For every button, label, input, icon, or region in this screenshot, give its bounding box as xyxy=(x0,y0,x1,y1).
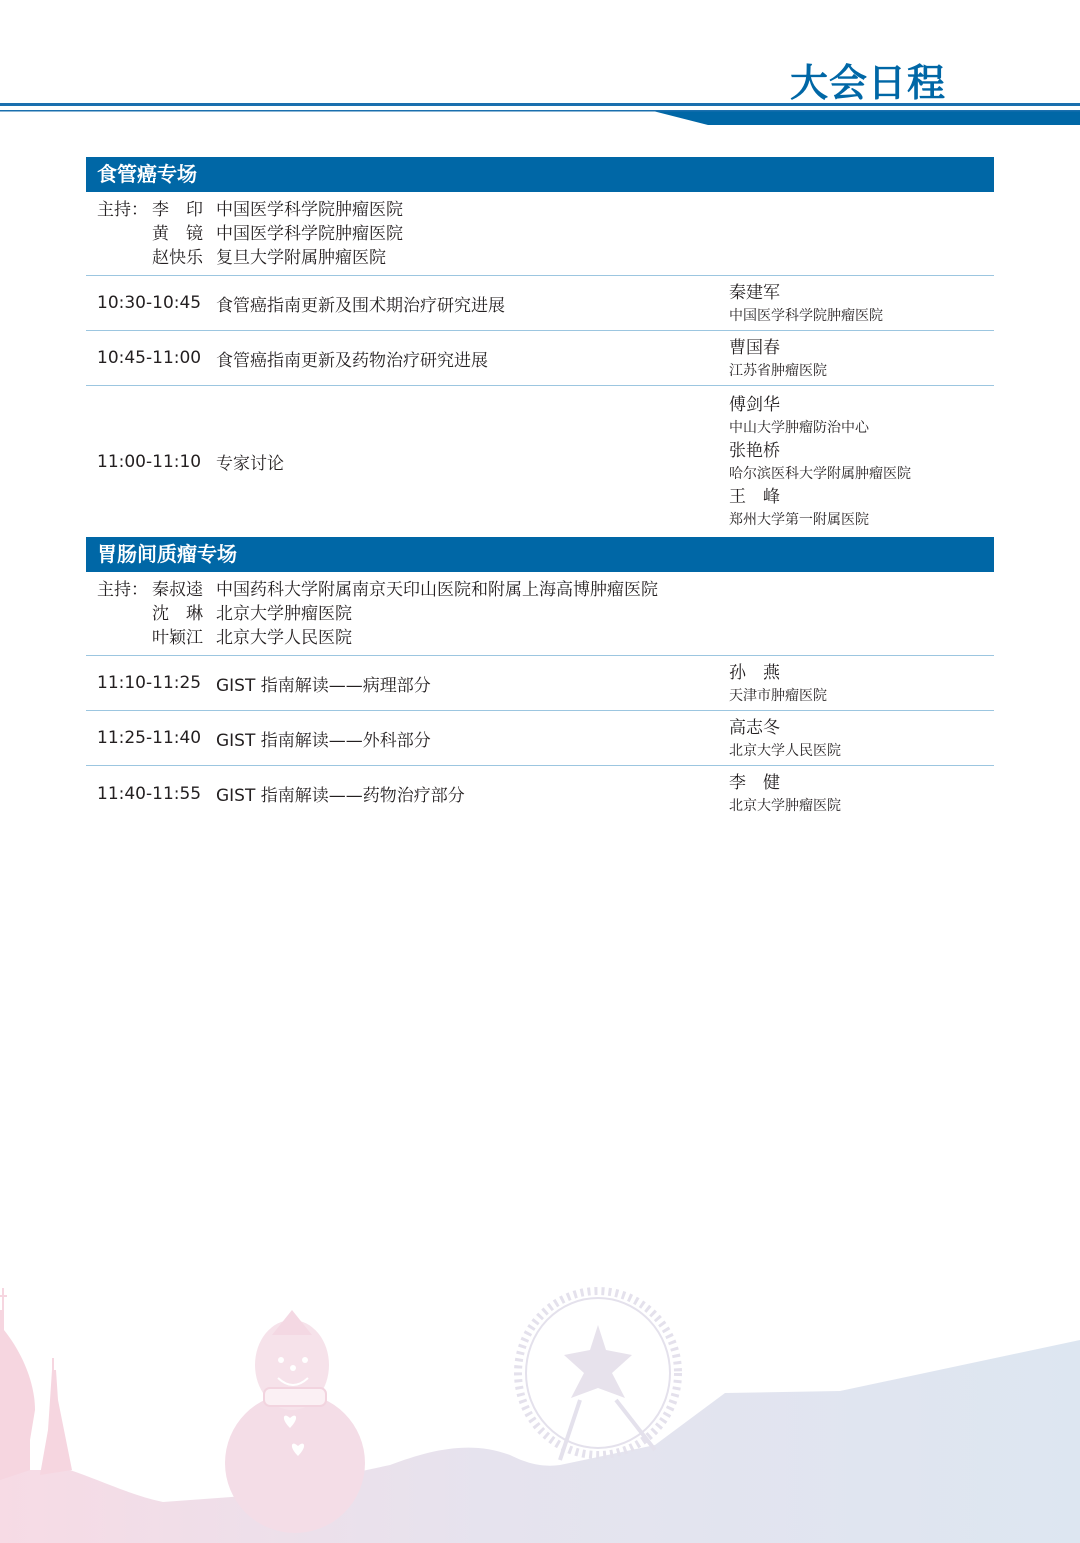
speaker-name: 秦建军 xyxy=(729,281,994,305)
host-line: 赵快乐 复旦大学附属肿瘤医院 xyxy=(97,246,994,270)
header-divider xyxy=(0,100,1080,128)
speakers: 秦建军 中国医学科学院肿瘤医院 xyxy=(729,277,994,330)
host-line: 沈 琳 北京大学肿瘤医院 xyxy=(97,602,994,626)
session-row: 10:30-10:45 食管癌指南更新及围术期治疗研究进展 秦建军 中国医学科学… xyxy=(86,276,994,331)
session-topic: GIST 指南解读——药物治疗部分 xyxy=(216,781,729,806)
session-row: 10:45-11:00 食管癌指南更新及药物治疗研究进展 曹国春 江苏省肿瘤医院 xyxy=(86,331,994,386)
footer-decoration xyxy=(0,1270,1080,1543)
speaker-name: 张艳桥 xyxy=(729,439,994,463)
speaker-org: 北京大学肿瘤医院 xyxy=(729,795,994,817)
session-topic: 食管癌指南更新及围术期治疗研究进展 xyxy=(216,291,729,316)
hosts-block: 主持： 秦叔逵 中国药科大学附属南京天印山医院和附属上海高博肿瘤医院 沈 琳 北… xyxy=(86,572,994,656)
session-topic: 食管癌指南更新及药物治疗研究进展 xyxy=(216,346,729,371)
host-line: 主持： 李 印 中国医学科学院肿瘤医院 xyxy=(97,198,994,222)
host-org: 中国医学科学院肿瘤医院 xyxy=(216,222,403,246)
speaker-org: 江苏省肿瘤医院 xyxy=(729,360,994,382)
section-title: 食管癌专场 xyxy=(86,157,994,192)
host-name: 李 印 xyxy=(152,198,216,222)
church-dome-silhouette xyxy=(0,1288,72,1480)
host-line: 主持： 秦叔逵 中国药科大学附属南京天印山医院和附属上海高博肿瘤医院 xyxy=(97,578,994,602)
section-title: 胃肠间质瘤专场 xyxy=(86,537,994,572)
host-org: 复旦大学附属肿瘤医院 xyxy=(216,246,386,270)
speakers: 孙 燕 天津市肿瘤医院 xyxy=(729,657,994,710)
host-line: 叶颖江 北京大学人民医院 xyxy=(97,626,994,650)
speakers: 高志冬 北京大学人民医院 xyxy=(729,712,994,765)
host-line: 黄 镜 中国医学科学院肿瘤医院 xyxy=(97,222,994,246)
speaker-name: 王 峰 xyxy=(729,485,994,509)
host-name: 秦叔逵 xyxy=(152,578,216,602)
session-time: 10:30-10:45 xyxy=(86,293,216,313)
hosts-label: 主持： xyxy=(97,578,152,602)
speakers: 傅剑华 中山大学肿瘤防治中心 张艳桥 哈尔滨医科大学附属肿瘤医院 王 峰 郑州大… xyxy=(729,389,994,534)
section-esophageal: 食管癌专场 主持： 李 印 中国医学科学院肿瘤医院 黄 镜 中国医学科学院肿瘤医… xyxy=(86,157,994,537)
speaker-org: 北京大学人民医院 xyxy=(729,740,994,762)
speaker-name: 傅剑华 xyxy=(729,393,994,417)
host-name: 叶颖江 xyxy=(152,626,216,650)
speaker-org: 天津市肿瘤医院 xyxy=(729,685,994,707)
host-name: 赵快乐 xyxy=(152,246,216,270)
lowpoly-hills xyxy=(0,1340,1080,1543)
session-row: 11:00-11:10 专家讨论 傅剑华 中山大学肿瘤防治中心 张艳桥 哈尔滨医… xyxy=(86,386,994,537)
speaker-name: 曹国春 xyxy=(729,336,994,360)
speaker-org: 中山大学肿瘤防治中心 xyxy=(729,417,994,439)
section-gist: 胃肠间质瘤专场 主持： 秦叔逵 中国药科大学附属南京天印山医院和附属上海高博肿瘤… xyxy=(86,537,994,821)
host-org: 北京大学人民医院 xyxy=(216,626,352,650)
session-topic: GIST 指南解读——外科部分 xyxy=(216,726,729,751)
speaker-org: 哈尔滨医科大学附属肿瘤医院 xyxy=(729,463,994,485)
session-topic: 专家讨论 xyxy=(216,449,729,474)
speaker-name: 李 健 xyxy=(729,771,994,795)
hosts-label: 主持： xyxy=(97,198,152,222)
session-time: 11:40-11:55 xyxy=(86,784,216,804)
session-row: 11:40-11:55 GIST 指南解读——药物治疗部分 李 健 北京大学肿瘤… xyxy=(86,766,994,821)
host-org: 北京大学肿瘤医院 xyxy=(216,602,352,626)
session-row: 11:25-11:40 GIST 指南解读——外科部分 高志冬 北京大学人民医院 xyxy=(86,711,994,766)
session-time: 11:10-11:25 xyxy=(86,673,216,693)
session-topic: GIST 指南解读——病理部分 xyxy=(216,671,729,696)
session-time: 11:00-11:10 xyxy=(86,452,216,472)
speaker-name: 高志冬 xyxy=(729,716,994,740)
host-org: 中国药科大学附属南京天印山医院和附属上海高博肿瘤医院 xyxy=(216,578,658,602)
snowman-icon xyxy=(225,1310,365,1533)
speaker-org: 中国医学科学院肿瘤医院 xyxy=(729,305,994,327)
hosts-block: 主持： 李 印 中国医学科学院肿瘤医院 黄 镜 中国医学科学院肿瘤医院 赵快乐 … xyxy=(86,192,994,276)
snowflake-icon xyxy=(564,1325,632,1398)
speaker-org: 郑州大学第一附属医院 xyxy=(729,509,994,531)
schedule-table: 食管癌专场 主持： 李 印 中国医学科学院肿瘤医院 黄 镜 中国医学科学院肿瘤医… xyxy=(86,157,994,821)
session-time: 10:45-11:00 xyxy=(86,348,216,368)
host-name: 沈 琳 xyxy=(152,602,216,626)
speakers: 曹国春 江苏省肿瘤医院 xyxy=(729,332,994,385)
session-row: 11:10-11:25 GIST 指南解读——病理部分 孙 燕 天津市肿瘤医院 xyxy=(86,656,994,711)
host-name: 黄 镜 xyxy=(152,222,216,246)
session-time: 11:25-11:40 xyxy=(86,728,216,748)
speaker-name: 孙 燕 xyxy=(729,661,994,685)
page-title: 大会日程 xyxy=(790,52,946,107)
host-org: 中国医学科学院肿瘤医院 xyxy=(216,198,403,222)
speakers: 李 健 北京大学肿瘤医院 xyxy=(729,767,994,820)
